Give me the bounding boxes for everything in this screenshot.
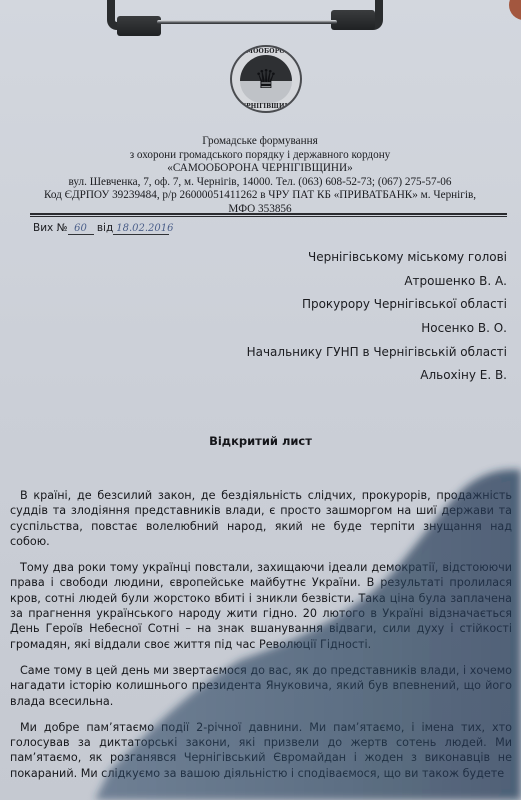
letter-body: В країні, де безсилий закон, де бездіяль… <box>10 488 512 792</box>
letterhead-line: вул. Шевченка, 7, оф. 7, м. Чернігів, 14… <box>10 176 510 190</box>
letterhead-line: Код ЄДРПОУ 39239484, р/р 26000051411262 … <box>10 189 510 203</box>
recipient-line: Начальнику ГУНП в Чернігівській області <box>187 344 507 368</box>
clip-wire <box>157 20 337 24</box>
outgoing-number-label: Вих № <box>33 222 68 234</box>
letterhead-divider-thin <box>30 216 507 217</box>
outgoing-number: 60 <box>68 223 94 235</box>
letterhead-divider <box>30 213 507 215</box>
clipboard-clip <box>107 0 387 40</box>
letterhead-line: з охорони громадського порядку і державн… <box>10 149 510 163</box>
body-paragraph: Ми добре пам’ятаємо події 2-річної давни… <box>10 720 512 781</box>
recipient-line: Чернігівському міському голові <box>187 249 507 273</box>
recipient-line: Атрошенко В. А. <box>187 273 507 297</box>
clip-block-left <box>117 16 161 36</box>
recipient-line: Альохіну Е. В. <box>187 367 507 391</box>
recipient-line: Носенко В. О. <box>187 320 507 344</box>
recipient-line: Прокурору Чернігівської області <box>187 296 507 320</box>
body-paragraph: В країні, де безсилий закон, де бездіяль… <box>10 488 512 549</box>
logo-bottom-text: ЧЕРНІГІВЩИНИ <box>232 103 300 110</box>
eagle-icon: ♛ <box>232 65 300 95</box>
logo-top-text: САМООБОРОНА <box>232 48 300 55</box>
outgoing-date-label: від <box>97 222 113 234</box>
outgoing-reference: Вих №60 від18.02.2016 <box>33 222 169 235</box>
letter-title: Відкритий лист <box>0 434 521 448</box>
recipients-block: Чернігівському міському голові Атрошенко… <box>187 249 507 391</box>
letterhead-line: Громадське формування <box>10 135 510 149</box>
clip-block-right <box>331 10 375 30</box>
body-paragraph: Тому два роки тому українці повстали, за… <box>10 560 512 652</box>
outgoing-date: 18.02.2016 <box>113 223 169 235</box>
letterhead-line: «САМООБОРОНА ЧЕРНІГІВЩИНИ» <box>10 162 510 176</box>
finger-tip <box>509 0 521 20</box>
body-paragraph: Саме тому в цей день ми звертаємося до в… <box>10 663 512 709</box>
letterhead: Громадське формування з охорони громадсь… <box>10 135 510 216</box>
organization-logo: САМООБОРОНА ♛ ЧЕРНІГІВЩИНИ <box>230 45 302 113</box>
document-page: САМООБОРОНА ♛ ЧЕРНІГІВЩИНИ Громадське фо… <box>0 0 521 800</box>
